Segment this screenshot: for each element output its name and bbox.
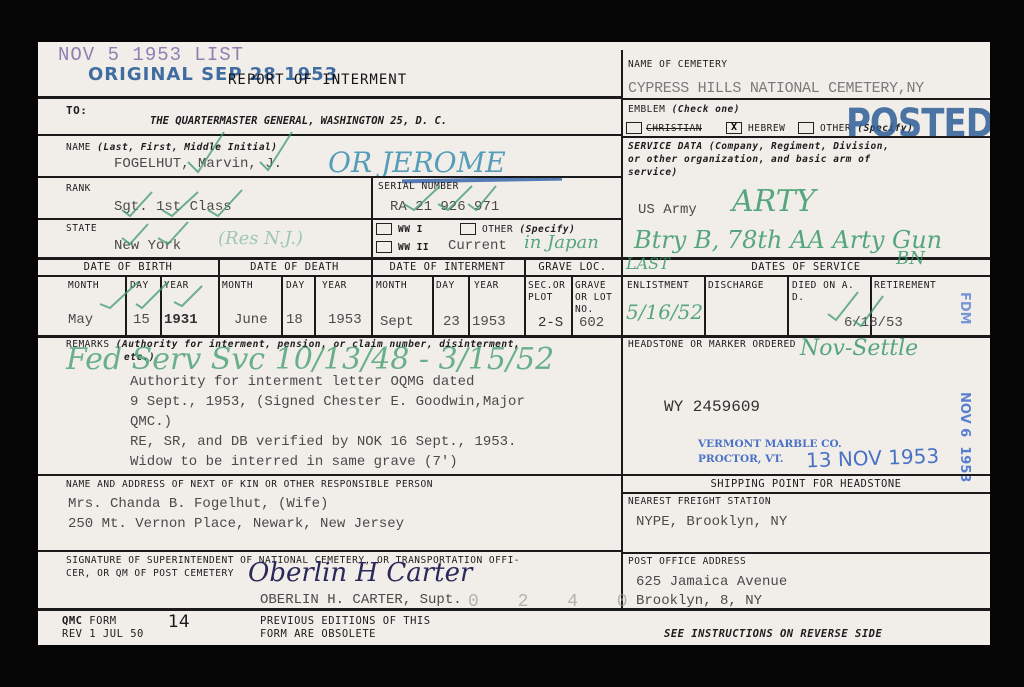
interment-report-form: NOV 5 1953 LIST ORIGINAL SEP 28 1953 REP… xyxy=(38,42,990,645)
green-checkmarks-icon xyxy=(38,42,990,645)
